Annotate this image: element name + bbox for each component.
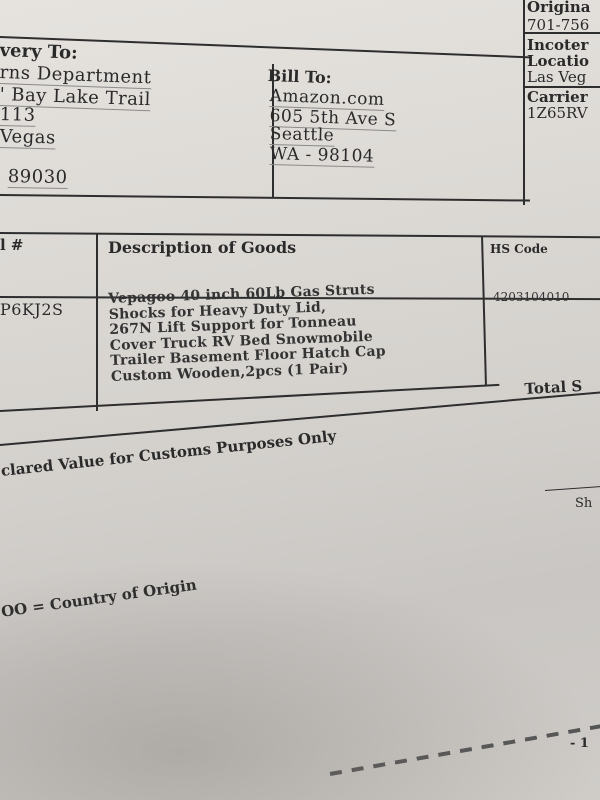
address-block-top-border <box>0 36 530 58</box>
signature-line <box>545 486 600 491</box>
delivery-to-line-4: Vegas <box>0 126 56 149</box>
location-value: Las Veg <box>527 68 586 86</box>
delivery-to-line-3: 113 <box>0 104 36 127</box>
column-header-id: l # <box>0 236 24 254</box>
country-of-origin-note: OO = Country of Origin <box>0 576 198 621</box>
goods-row-description: Vepagoo 40 inch 60Lb Gas Struts Shocks f… <box>108 282 387 385</box>
origin-label: Origina <box>527 0 590 16</box>
origin-value: 701-756 <box>527 16 589 34</box>
signature-label: Sh <box>575 496 592 511</box>
column-header-description: Description of Goods <box>108 238 296 257</box>
goods-table-top-border <box>0 232 600 238</box>
goods-col-divider-1 <box>96 233 98 411</box>
right-panel-left-border <box>523 0 525 205</box>
total-label: Total S <box>524 377 583 398</box>
goods-row-hs-code: 4203104010 <box>493 290 569 304</box>
goods-row-id: P6KJ2S <box>0 300 63 319</box>
bill-to-line-4: WA - 98104 <box>269 144 374 168</box>
delivery-to-label: very To: <box>0 40 78 64</box>
carrier-tracking-value: 1Z65RV <box>527 104 588 122</box>
address-block-bottom-border <box>0 194 530 202</box>
customs-declaration-text: clared Value for Customs Purposes Only <box>0 427 337 480</box>
page-marker: - 1 <box>570 736 589 751</box>
column-header-hs-code: HS Code <box>490 242 548 256</box>
goods-col-divider-2 <box>481 236 487 386</box>
invoice-sheet: very To: rns Department ' Bay Lake Trail… <box>0 0 600 800</box>
bill-to-label: Bill To: <box>267 66 332 87</box>
perforation-line <box>330 710 600 776</box>
delivery-to-postcode: 89030 <box>8 166 68 189</box>
